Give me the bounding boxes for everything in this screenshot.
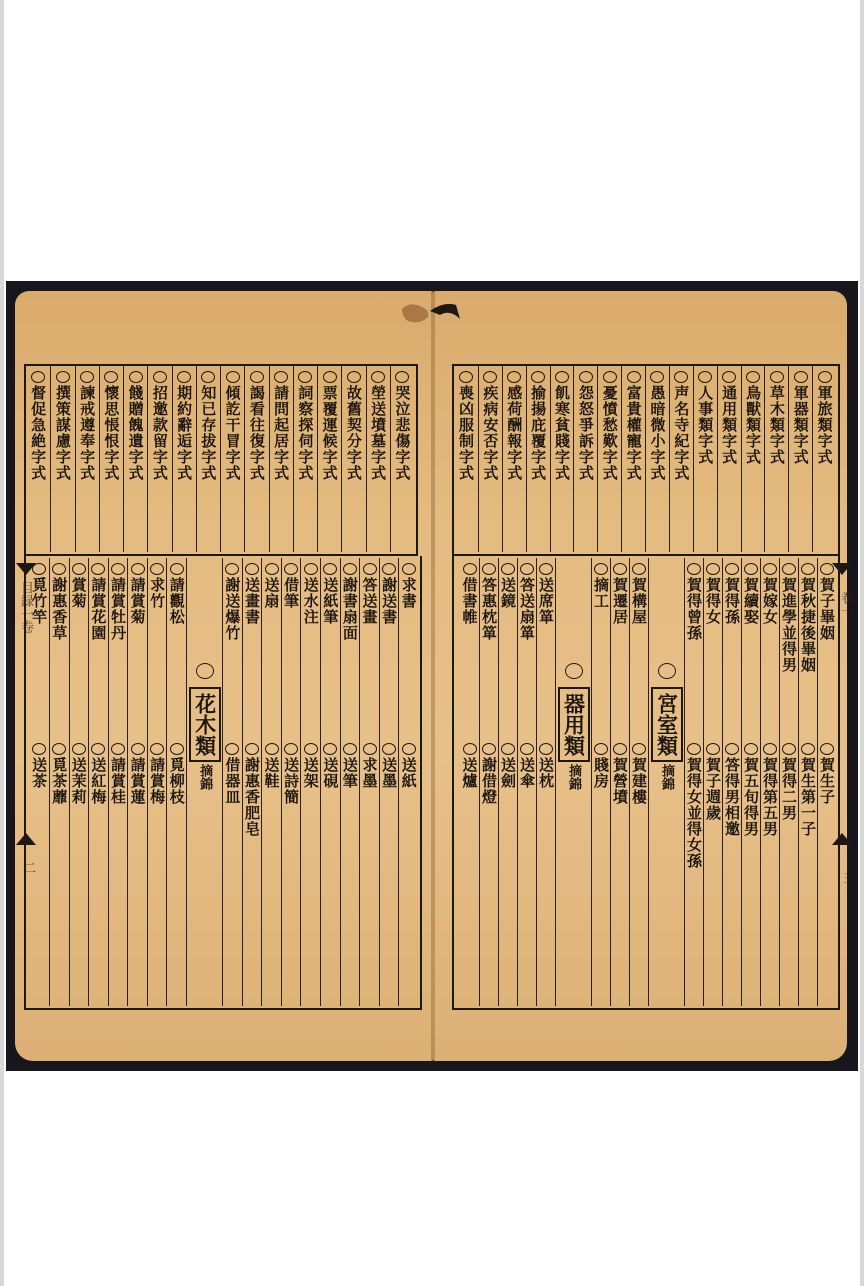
circle-marker-icon [463, 563, 477, 575]
entry-title: 票覆運候字式 [321, 385, 339, 481]
entry-title: 送硯 [321, 757, 339, 789]
viewer-left-border [0, 0, 4, 1286]
toc-entry: 請問起居字式 [269, 366, 293, 552]
toc-entry: 故舊契分字式 [341, 366, 365, 552]
circle-marker-icon [725, 743, 739, 755]
entry-title: 懷思悵恨字式 [102, 385, 120, 481]
entry-title: 賀五旬得男 [742, 757, 760, 837]
entry-title: 賀續娶 [742, 577, 760, 625]
fish-tail-mark-top-right [832, 563, 852, 575]
entry-title: 借器皿 [223, 757, 241, 805]
circle-marker-icon [482, 743, 496, 755]
circle-marker-icon [150, 563, 164, 575]
toc-entry-column: 賀得曾孫賀得女並得女孫 [684, 558, 703, 1006]
circle-marker-icon [265, 743, 279, 755]
circle-marker-icon [31, 371, 45, 383]
toc-entry: 票覆運候字式 [317, 366, 341, 552]
toc-entry-column: 賀構屋賀建樓 [629, 558, 648, 1006]
left-top-entries: 哭泣悲傷字式塋送墳墓字式故舊契分字式票覆運候字式詞察探伺字式請問起居字式謁看往復… [26, 366, 414, 552]
circle-marker-icon [746, 371, 760, 383]
entry-title: 富貴權寵字式 [625, 385, 643, 481]
circle-marker-icon [91, 743, 105, 755]
circle-marker-icon [382, 563, 396, 575]
toc-entry: 詞察探伺字式 [293, 366, 317, 552]
entry-title: 愚暗微小字式 [648, 385, 666, 481]
viewer-right-border [860, 0, 864, 1286]
entry-title: 感荷酬報字式 [505, 385, 523, 481]
entry-title: 賀子週歲 [704, 757, 722, 821]
circle-marker-icon [245, 563, 259, 575]
toc-entry-column: 請觀松覓柳枝 [166, 558, 186, 1006]
toc-entry-column: 請賞牡丹請賞桂 [108, 558, 128, 1006]
circle-marker-icon [363, 743, 377, 755]
toc-entry: 期約辭逅字式 [172, 366, 196, 552]
circle-marker-icon [687, 743, 701, 755]
circle-marker-icon [594, 563, 608, 575]
toc-entry: 知已存拔字式 [196, 366, 220, 552]
entry-title: 疾病安否字式 [481, 385, 499, 481]
circle-marker-icon [111, 563, 125, 575]
toc-entry-column: 求書送紙 [398, 558, 418, 1006]
entry-title: 通用類字式 [720, 385, 738, 465]
circle-marker-icon [744, 743, 758, 755]
circle-marker-icon [483, 371, 497, 383]
toc-entry-column: 答送畫求墨 [359, 558, 379, 1006]
circle-marker-icon [395, 371, 409, 383]
entry-title: 覓茶蘼 [50, 757, 68, 805]
right-top-entries: 軍旅類字式軍器類字式草木類字式鳥獸類字式通用類字式人事類字式声名寺紀字式愚暗微小… [454, 366, 836, 552]
toc-entry-column: 賀得女賀子週歲 [703, 558, 722, 1006]
entry-title: 賀進學並得男 [780, 577, 798, 673]
circle-marker-icon [744, 563, 758, 575]
toc-entry-column: 謝惠香草覓茶蘼 [49, 558, 69, 1006]
entry-title: 送架 [302, 757, 320, 789]
circle-marker-icon [687, 563, 701, 575]
circle-marker-icon [52, 563, 66, 575]
circle-marker-icon [323, 371, 337, 383]
circle-marker-icon [80, 371, 94, 383]
circle-marker-icon [801, 563, 815, 575]
entry-title: 請賞菊 [129, 577, 147, 625]
toc-entry: 疾病安否字式 [478, 366, 502, 552]
toc-entry-column: 答惠枕箪謝借燈 [479, 558, 498, 1006]
binding-thread-stain [400, 299, 462, 327]
fish-tail-mark-top-left [16, 563, 36, 575]
right-bottom-entries: 賀子畢姻賀生子賀秋捷後畢姻賀生第一子賀進學並得男賀得二男賀嫁女賀得第五男賀續娶賀… [454, 558, 836, 1006]
entry-title: 謁看往復字式 [248, 385, 266, 481]
entry-title: 撰策謀慮字式 [54, 385, 72, 481]
circle-marker-icon [250, 371, 264, 383]
circle-marker-icon [539, 563, 553, 575]
toc-entry-column: 謝送爆竹借器皿 [222, 558, 242, 1006]
circle-marker-icon [150, 743, 164, 755]
circle-marker-icon [507, 371, 521, 383]
circle-marker-icon [402, 563, 416, 575]
circle-marker-icon [382, 743, 396, 755]
toc-entry: 招邀款留字式 [147, 366, 171, 552]
entry-title: 送茉莉 [70, 757, 88, 805]
entry-title: 求墨 [361, 757, 379, 789]
entry-title: 送茶 [30, 757, 48, 789]
toc-entry: 督促急絶字式 [26, 366, 50, 552]
book-fold [431, 291, 435, 1061]
toc-entry-column: 送畫書謝惠香肥皂 [242, 558, 262, 1006]
entry-title: 送水注 [302, 577, 320, 625]
circle-marker-icon [698, 371, 712, 383]
toc-entry: 軍器類字式 [788, 366, 812, 552]
entry-title: 故舊契分字式 [345, 385, 363, 481]
circle-marker-icon [201, 371, 215, 383]
left-margin-label: 目録一卷 [16, 581, 35, 633]
circle-marker-icon [722, 371, 736, 383]
toc-entry-column: 送扇送鞋 [261, 558, 281, 1006]
circle-marker-icon [763, 743, 777, 755]
entry-title: 請觀松 [168, 577, 186, 625]
entry-title: 賀建樓 [630, 757, 648, 805]
entry-title: 憂憤愁歎字式 [601, 385, 619, 481]
circle-marker-icon [323, 563, 337, 575]
toc-entry: 撰策謀慮字式 [50, 366, 74, 552]
entry-title: 賀嫁女 [761, 577, 779, 625]
entry-title: 答送扇箪 [518, 577, 536, 641]
circle-marker-icon [72, 563, 86, 575]
circle-marker-icon [284, 563, 298, 575]
left-page-number: 二 [18, 861, 37, 874]
circle-marker-icon [304, 563, 318, 575]
entry-title: 揄揚庇覆字式 [529, 385, 547, 481]
circle-marker-icon [72, 743, 86, 755]
entry-title: 送扇 [263, 577, 281, 609]
entry-title: 鳥獸類字式 [744, 385, 762, 465]
toc-entry-column: 謝書扇面送筆 [340, 558, 360, 1006]
toc-entry-column: 求竹請賞梅 [147, 558, 167, 1006]
entry-title: 賀秋捷後畢姻 [799, 577, 817, 673]
entry-title: 送鞋 [263, 757, 281, 789]
circle-marker-icon [177, 371, 191, 383]
toc-entry: 飢寒貧賤字式 [550, 366, 574, 552]
circle-marker-icon [170, 743, 184, 755]
toc-entry-column: 借書帷送爐 [460, 558, 479, 1006]
entry-title: 賀生子 [818, 757, 836, 805]
category-heading: 宮室類摘錦 [648, 558, 684, 1006]
circle-marker-icon [794, 371, 808, 383]
entry-title: 賀子畢姻 [818, 577, 836, 641]
toc-entry-column: 賀遷居賀營墳 [610, 558, 629, 1006]
circle-marker-icon [579, 371, 593, 383]
circle-marker-icon [632, 743, 646, 755]
entry-title: 送墨 [380, 757, 398, 789]
toc-entry-column: 摘工賤房 [591, 558, 610, 1006]
toc-entry: 愚暗微小字式 [645, 366, 669, 552]
toc-entry-column: 請賞花園送紅梅 [88, 558, 108, 1006]
entry-title: 詞察探伺字式 [296, 385, 314, 481]
entry-title: 送傘 [518, 757, 536, 789]
toc-entry-column: 賀子畢姻賀生子 [817, 558, 836, 1006]
category-label: 宮室類 [651, 687, 683, 762]
entry-title: 送爐 [461, 757, 479, 789]
entry-title: 草木類字式 [768, 385, 786, 465]
entry-title: 賀生第一子 [799, 757, 817, 837]
entry-title: 覓柳枝 [168, 757, 186, 805]
circle-marker-icon [706, 563, 720, 575]
circle-marker-icon [104, 371, 118, 383]
toc-entry: 傾訖干冒字式 [220, 366, 244, 552]
entry-title: 答惠枕箪 [480, 577, 498, 641]
circle-marker-icon [32, 743, 46, 755]
entry-title: 哭泣悲傷字式 [393, 385, 411, 481]
right-margin-label: 卷一 [836, 591, 855, 617]
entry-title: 送紙筆 [321, 577, 339, 625]
circle-marker-icon [371, 371, 385, 383]
entry-title: 請賞花園 [89, 577, 107, 641]
toc-entry-column: 送席箪送枕 [536, 558, 555, 1006]
circle-marker-icon [111, 743, 125, 755]
entry-title: 怨怒爭訴字式 [577, 385, 595, 481]
entry-title: 賀構屋 [630, 577, 648, 625]
entry-title: 賀得二男 [780, 757, 798, 821]
circle-marker-icon [763, 563, 777, 575]
entry-title: 送畫書 [243, 577, 261, 625]
book-scan: 哭泣悲傷字式塋送墳墓字式故舊契分字式票覆運候字式詞察探伺字式請問起居字式謁看往復… [6, 281, 858, 1071]
circle-marker-icon [632, 563, 646, 575]
entry-title: 賞菊 [70, 577, 88, 609]
toc-entry: 哭泣悲傷字式 [390, 366, 414, 552]
circle-marker-icon [603, 371, 617, 383]
circle-marker-icon [501, 563, 515, 575]
circle-marker-icon [153, 371, 167, 383]
toc-entry: 懷思悵恨字式 [99, 366, 123, 552]
entry-title: 謝送爆竹 [223, 577, 241, 641]
category-heading: 器用類摘錦 [555, 558, 591, 1006]
toc-entry: 謁看往復字式 [244, 366, 268, 552]
entry-title: 餞贈餽遺字式 [127, 385, 145, 481]
entry-title: 賀營墳 [611, 757, 629, 805]
toc-entry: 餞贈餽遺字式 [123, 366, 147, 552]
circle-marker-icon [531, 371, 545, 383]
circle-marker-icon [706, 743, 720, 755]
toc-entry: 喪凶服制字式 [454, 366, 478, 552]
toc-entry-column: 送鏡送劍 [498, 558, 517, 1006]
circle-marker-icon [225, 743, 239, 755]
circle-marker-icon [613, 563, 627, 575]
fish-tail-mark-bottom-right [832, 833, 852, 845]
circle-marker-icon [627, 371, 641, 383]
circle-marker-icon [565, 663, 583, 679]
circle-marker-icon [265, 563, 279, 575]
toc-entry-column: 借筆送詩簡 [281, 558, 301, 1006]
toc-entry: 感荷酬報字式 [502, 366, 526, 552]
circle-marker-icon [343, 563, 357, 575]
entry-title: 謝惠香肥皂 [243, 757, 261, 837]
toc-entry: 富貴權寵字式 [621, 366, 645, 552]
category-sublabel: 摘錦 [657, 764, 676, 790]
entry-title: 賀得第五男 [761, 757, 779, 837]
entry-title: 声名寺紀字式 [672, 385, 690, 481]
entry-title: 謝惠香草 [50, 577, 68, 641]
circle-marker-icon [782, 563, 796, 575]
circle-marker-icon [818, 371, 832, 383]
entry-title: 請賞梅 [148, 757, 166, 805]
toc-entry: 声名寺紀字式 [669, 366, 693, 552]
circle-marker-icon [555, 371, 569, 383]
entry-title: 塋送墳墓字式 [369, 385, 387, 481]
entry-title: 請賞桂 [109, 757, 127, 805]
entry-title: 飢寒貧賤字式 [553, 385, 571, 481]
entry-title: 賀得女 [704, 577, 722, 625]
circle-marker-icon [298, 371, 312, 383]
entry-title: 送筆 [341, 757, 359, 789]
category-label: 器用類 [558, 687, 590, 762]
toc-entry: 人事類字式 [693, 366, 717, 552]
circle-marker-icon [725, 563, 739, 575]
toc-entry-column: 答送扇箪送傘 [517, 558, 536, 1006]
entry-title: 賀得曾孫 [685, 577, 703, 641]
category-sublabel: 摘錦 [564, 764, 583, 790]
entry-title: 請賞牡丹 [109, 577, 127, 641]
entry-title: 送紅梅 [89, 757, 107, 805]
entry-title: 賀得孫 [723, 577, 741, 625]
circle-marker-icon [650, 371, 664, 383]
entry-title: 人事類字式 [696, 385, 714, 465]
entry-title: 送詩簡 [282, 757, 300, 805]
circle-marker-icon [225, 563, 239, 575]
entry-title: 軍器類字式 [792, 385, 810, 465]
toc-entry: 鳥獸類字式 [741, 366, 765, 552]
category-label: 花木類 [189, 687, 221, 762]
circle-marker-icon [801, 743, 815, 755]
circle-marker-icon [459, 371, 473, 383]
circle-marker-icon [52, 743, 66, 755]
entry-title: 答送畫 [361, 577, 379, 625]
circle-marker-icon [170, 563, 184, 575]
toc-entry-column: 賀得孫答得男相邀 [722, 558, 741, 1006]
left-bottom-entries: 求書送紙謝送書送墨答送畫求墨謝書扇面送筆送紙筆送硯送水注送架借筆送詩簡送扇送鞋送… [26, 558, 418, 1006]
entry-title: 求竹 [148, 577, 166, 609]
category-heading: 花木類摘錦 [186, 558, 222, 1006]
entry-title: 求書 [400, 577, 418, 609]
circle-marker-icon [594, 743, 608, 755]
entry-title: 謝送書 [380, 577, 398, 625]
toc-entry: 諫戒遵奉字式 [75, 366, 99, 552]
right-page-number: 三 [838, 871, 857, 884]
circle-marker-icon [129, 371, 143, 383]
toc-entry-column: 送紙筆送硯 [320, 558, 340, 1006]
entry-title: 督促急絶字式 [29, 385, 47, 481]
circle-marker-icon [274, 371, 288, 383]
circle-marker-icon [501, 743, 515, 755]
entry-title: 摘工 [592, 577, 610, 609]
circle-marker-icon [363, 563, 377, 575]
entry-title: 賤房 [592, 757, 610, 789]
entry-title: 請賞蓮 [129, 757, 147, 805]
entry-title: 賀遷居 [611, 577, 629, 625]
circle-marker-icon [196, 663, 214, 679]
entry-title: 送紙 [400, 757, 418, 789]
toc-entry: 揄揚庇覆字式 [526, 366, 550, 552]
circle-marker-icon [482, 563, 496, 575]
circle-marker-icon [770, 371, 784, 383]
circle-marker-icon [343, 743, 357, 755]
toc-entry: 草木類字式 [764, 366, 788, 552]
entry-title: 借書帷 [461, 577, 479, 625]
entry-title: 賀得女並得女孫 [685, 757, 703, 869]
toc-entry-column: 賀嫁女賀得第五男 [760, 558, 779, 1006]
circle-marker-icon [539, 743, 553, 755]
category-sublabel: 摘錦 [195, 764, 214, 790]
fish-tail-mark-bottom-left [16, 833, 36, 845]
circle-marker-icon [613, 743, 627, 755]
toc-entry: 軍旅類字式 [812, 366, 836, 552]
toc-entry-column: 賀進學並得男賀得二男 [779, 558, 798, 1006]
entry-title: 傾訖干冒字式 [224, 385, 242, 481]
circle-marker-icon [402, 743, 416, 755]
toc-entry: 憂憤愁歎字式 [597, 366, 621, 552]
circle-marker-icon [520, 563, 534, 575]
circle-marker-icon [323, 743, 337, 755]
entry-title: 軍旅類字式 [816, 385, 834, 465]
circle-marker-icon [245, 743, 259, 755]
circle-marker-icon [782, 743, 796, 755]
toc-entry: 怨怒爭訴字式 [573, 366, 597, 552]
toc-entry: 塋送墳墓字式 [366, 366, 390, 552]
circle-marker-icon [674, 371, 688, 383]
entry-title: 送劍 [499, 757, 517, 789]
circle-marker-icon [820, 743, 834, 755]
circle-marker-icon [347, 371, 361, 383]
circle-marker-icon [658, 663, 676, 679]
circle-marker-icon [226, 371, 240, 383]
entry-title: 期約辭逅字式 [175, 385, 193, 481]
toc-entry-column: 賀續娶賀五旬得男 [741, 558, 760, 1006]
entry-title: 喪凶服制字式 [457, 385, 475, 481]
toc-entry-column: 賀秋捷後畢姻賀生第一子 [798, 558, 817, 1006]
entry-title: 送鏡 [499, 577, 517, 609]
toc-entry: 通用類字式 [717, 366, 741, 552]
entry-title: 諫戒遵奉字式 [78, 385, 96, 481]
entry-title: 謝借燈 [480, 757, 498, 805]
circle-marker-icon [131, 563, 145, 575]
entry-title: 借筆 [282, 577, 300, 609]
toc-entry-column: 請賞菊請賞蓮 [127, 558, 147, 1006]
toc-entry-column: 謝送書送墨 [379, 558, 399, 1006]
circle-marker-icon [284, 743, 298, 755]
toc-entry-column: 賞菊送茉莉 [69, 558, 89, 1006]
toc-entry-column: 送水注送架 [300, 558, 320, 1006]
circle-marker-icon [304, 743, 318, 755]
entry-title: 謝書扇面 [341, 577, 359, 641]
circle-marker-icon [463, 743, 477, 755]
entry-title: 送枕 [537, 757, 555, 789]
circle-marker-icon [131, 743, 145, 755]
entry-title: 答得男相邀 [723, 757, 741, 837]
entry-title: 請問起居字式 [272, 385, 290, 481]
entry-title: 送席箪 [537, 577, 555, 625]
circle-marker-icon [91, 563, 105, 575]
entry-title: 知已存拔字式 [199, 385, 217, 481]
circle-marker-icon [56, 371, 70, 383]
entry-title: 招邀款留字式 [151, 385, 169, 481]
circle-marker-icon [520, 743, 534, 755]
